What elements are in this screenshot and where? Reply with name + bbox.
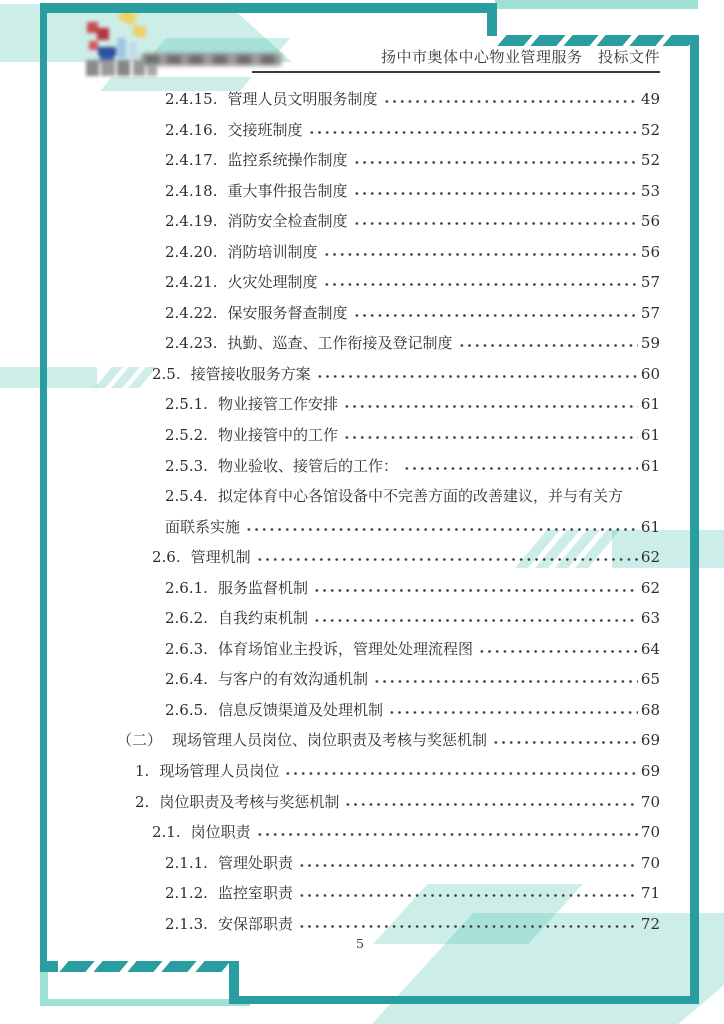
frame-left-foot xyxy=(40,961,58,972)
dot-leader xyxy=(343,435,638,440)
dot-leader xyxy=(256,832,638,837)
toc-entry[interactable]: 2.1.1.管理处职责70 xyxy=(0,848,660,879)
toc-entry[interactable]: 2.5.接管接收服务方案60 xyxy=(0,359,660,390)
toc-entry-page: 60 xyxy=(640,359,660,390)
dot-leader xyxy=(353,160,639,165)
frame-top-step xyxy=(487,3,497,36)
toc-entry[interactable]: （二）现场管理人员岗位、岗位职责及考核与奖惩机制69 xyxy=(0,725,660,756)
toc-entry-title: 火灾处理制度 xyxy=(227,267,317,298)
toc-entry-number: 2.6. xyxy=(152,542,181,573)
toc-entry-page: 57 xyxy=(640,298,660,329)
toc-entry-page: 69 xyxy=(640,756,660,787)
dot-leader xyxy=(323,282,639,287)
toc-entry-title: 物业验收、接管后的工作： xyxy=(218,451,398,482)
dot-leader xyxy=(458,343,639,348)
frame-dash xyxy=(127,961,162,972)
toc-entry-number: 1. xyxy=(135,756,149,787)
toc-entry-number: 2.4.16. xyxy=(165,115,217,146)
dot-leader xyxy=(256,557,638,562)
toc-entry-title: 服务监督机制 xyxy=(218,573,308,604)
dot-leader xyxy=(313,618,638,623)
toc-entry-title: 执勤、巡查、工作衔接及登记制度 xyxy=(227,328,452,359)
frame-top-border xyxy=(40,3,497,13)
toc-entry-title: 自我约束机制 xyxy=(218,603,308,634)
frame-dash xyxy=(161,961,196,972)
toc-entry[interactable]: 2.岗位职责及考核与奖惩机制70 xyxy=(0,787,660,818)
toc-entry-title: 监控系统操作制度 xyxy=(227,145,347,176)
toc-entry-title: 接管接收服务方案 xyxy=(191,359,311,390)
toc-entry-title: 岗位职责及考核与奖惩机制 xyxy=(159,787,339,818)
toc-entry-page: 56 xyxy=(640,206,660,237)
toc-entry-page: 65 xyxy=(640,664,660,695)
toc-entry[interactable]: 2.1.岗位职责70 xyxy=(0,817,660,848)
frame-right-border xyxy=(690,35,699,1004)
toc-entry-title: 与客户的有效沟通机制 xyxy=(218,664,368,695)
dot-leader xyxy=(298,893,638,898)
toc-entry-page: 62 xyxy=(640,573,660,604)
toc-entry[interactable]: 面联系实施61 xyxy=(0,512,660,543)
toc-entry[interactable]: 2.1.3.安保部职责72 xyxy=(0,909,660,940)
toc-entry[interactable]: 2.6.管理机制62 xyxy=(0,542,660,573)
header-rule xyxy=(252,71,660,73)
toc-entry-page: 62 xyxy=(640,542,660,573)
toc-entry-number: 2. xyxy=(135,787,149,818)
toc-entry-title: 监控室职责 xyxy=(218,878,293,909)
dot-leader xyxy=(343,404,638,409)
toc-entry-number: （二） xyxy=(117,725,162,756)
toc-entry-page: 70 xyxy=(640,817,660,848)
toc-entry-page: 72 xyxy=(640,909,660,940)
page-number: 5 xyxy=(350,936,370,951)
document-header-title: 扬中市奥体中心物业管理服务 投标文件 xyxy=(381,46,660,67)
toc-entry-number: 2.6.3. xyxy=(165,634,208,665)
frame-dash xyxy=(497,35,532,46)
toc-entry-number: 2.5.2. xyxy=(165,420,208,451)
toc-entry[interactable]: 2.4.20.消防培训制度56 xyxy=(0,237,660,268)
decor-bottom-left-mint-h xyxy=(40,999,250,1006)
toc-entry[interactable]: 2.1.2.监控室职责71 xyxy=(0,878,660,909)
dot-leader xyxy=(245,527,638,532)
toc-entry[interactable]: 2.6.4.与客户的有效沟通机制65 xyxy=(0,664,660,695)
toc-entry[interactable]: 2.5.3.物业验收、接管后的工作：61 xyxy=(0,451,660,482)
toc-entry-page: 49 xyxy=(640,84,660,115)
toc-entry-title: 信息反馈渠道及处理机制 xyxy=(218,695,383,726)
toc-entry-number: 2.6.1. xyxy=(165,573,208,604)
dot-leader xyxy=(313,588,638,593)
toc-entry-number: 2.5.3. xyxy=(165,451,208,482)
dot-leader xyxy=(353,191,639,196)
toc-entry-number: 2.4.19. xyxy=(165,206,217,237)
toc-entry-number: 2.4.17. xyxy=(165,145,217,176)
toc-entry-title: 物业接管工作安排 xyxy=(218,389,338,420)
toc-entry-page: 53 xyxy=(640,176,660,207)
toc-entry-number: 2.4.21. xyxy=(165,267,217,298)
toc-entry[interactable]: 2.6.2.自我约束机制63 xyxy=(0,603,660,634)
dot-leader xyxy=(323,252,639,257)
toc-entry-title: 物业接管中的工作 xyxy=(218,420,338,451)
dot-leader xyxy=(383,99,639,104)
toc-entry[interactable]: 2.5.2.物业接管中的工作61 xyxy=(0,420,660,451)
toc-entry-page: 63 xyxy=(640,603,660,634)
dot-leader xyxy=(373,679,638,684)
toc-entry[interactable]: 2.4.23.执勤、巡查、工作衔接及登记制度59 xyxy=(0,328,660,359)
toc-entry-number: 2.4.18. xyxy=(165,176,217,207)
toc-entry-page: 64 xyxy=(640,634,660,665)
dot-leader xyxy=(298,924,638,929)
frame-dash xyxy=(530,35,565,46)
toc-entry-page: 56 xyxy=(640,237,660,268)
toc-entry-page: 61 xyxy=(640,420,660,451)
toc-entry-page: 52 xyxy=(640,145,660,176)
dot-leader xyxy=(492,740,638,745)
toc-entry-title: 面联系实施 xyxy=(165,512,240,543)
company-name-redacted xyxy=(141,53,282,66)
toc-entry-title: 消防培训制度 xyxy=(227,237,317,268)
toc-entry-title: 消防安全检查制度 xyxy=(227,206,347,237)
toc-entry[interactable]: 2.4.15.管理人员文明服务制度49 xyxy=(0,84,660,115)
dot-leader xyxy=(284,771,638,776)
toc-entry-title: 保安服务督查制度 xyxy=(227,298,347,329)
toc-entry-page: 68 xyxy=(640,695,660,726)
toc-entry-title: 现场管理人员岗位 xyxy=(159,756,279,787)
toc-entry-number: 2.4.22. xyxy=(165,298,217,329)
toc-entry-title: 管理处职责 xyxy=(218,848,293,879)
toc-entry-title: 交接班制度 xyxy=(227,115,302,146)
toc-entry-page: 61 xyxy=(640,512,660,543)
frame-dash xyxy=(195,961,230,972)
frame-dash xyxy=(59,961,94,972)
frame-dash xyxy=(629,35,664,46)
toc-entry-page: 71 xyxy=(640,878,660,909)
toc-entry-page: 69 xyxy=(640,725,660,756)
frame-dash xyxy=(596,35,631,46)
toc-entry[interactable]: 2.4.21.火灾处理制度57 xyxy=(0,267,660,298)
frame-bottom-border xyxy=(233,996,699,1004)
decor-top-right-strip xyxy=(495,0,698,9)
toc-entry-number: 2.1. xyxy=(152,817,181,848)
toc-entry-page: 61 xyxy=(640,389,660,420)
toc-entry-title: 管理机制 xyxy=(191,542,251,573)
dot-leader xyxy=(403,466,638,471)
dot-leader xyxy=(353,221,639,226)
document-page: 扬中市奥体中心物业管理服务 投标文件 2.4.15.管理人员文明服务制度492.… xyxy=(0,0,724,1024)
toc-entry-title: 拟定体育中心各馆设备中不完善方面的改善建议，并与有关方 xyxy=(218,481,623,512)
toc-entry-title: 现场管理人员岗位、岗位职责及考核与奖惩机制 xyxy=(172,725,487,756)
toc-entry[interactable]: 2.6.1.服务监督机制62 xyxy=(0,573,660,604)
toc-entry[interactable]: 2.5.1.物业接管工作安排61 xyxy=(0,389,660,420)
toc-entry-page: 70 xyxy=(640,848,660,879)
toc-entry[interactable]: 2.4.22.保安服务督查制度57 xyxy=(0,298,660,329)
toc-entry-number: 2.6.5. xyxy=(165,695,208,726)
toc-entry-number: 2.4.15. xyxy=(165,84,217,115)
toc-entry[interactable]: 2.4.16.交接班制度52 xyxy=(0,115,660,146)
toc-entry-title: 重大事件报告制度 xyxy=(227,176,347,207)
toc-entry-title: 安保部职责 xyxy=(218,909,293,940)
toc-entry[interactable]: 2.4.19.消防安全检查制度56 xyxy=(0,206,660,237)
dot-leader xyxy=(353,313,639,318)
toc-entry-page: 59 xyxy=(640,328,660,359)
toc-entry-title: 管理人员文明服务制度 xyxy=(227,84,377,115)
toc-entry-page: 61 xyxy=(640,451,660,482)
toc-entry-title: 体育场馆业主投诉，管理处处理流程图 xyxy=(218,634,473,665)
toc-entry-number: 2.1.3. xyxy=(165,909,208,940)
toc-entry-number: 2.1.2. xyxy=(165,878,208,909)
toc-entry-number: 2.6.4. xyxy=(165,664,208,695)
toc-entry-title: 岗位职责 xyxy=(191,817,251,848)
frame-dash xyxy=(93,961,128,972)
dot-leader xyxy=(478,649,638,654)
toc-entry-number: 2.6.2. xyxy=(165,603,208,634)
toc-entry-number: 2.4.20. xyxy=(165,237,217,268)
toc-list: 2.4.15.管理人员文明服务制度492.4.16.交接班制度522.4.17.… xyxy=(0,84,660,939)
toc-entry[interactable]: 2.4.18.重大事件报告制度53 xyxy=(0,176,660,207)
frame-dash xyxy=(563,35,598,46)
toc-entry-number: 2.5.1. xyxy=(165,389,208,420)
toc-entry[interactable]: 1.现场管理人员岗位69 xyxy=(0,756,660,787)
dot-leader xyxy=(388,710,638,715)
toc-entry[interactable]: 2.6.5.信息反馈渠道及处理机制68 xyxy=(0,695,660,726)
dot-leader xyxy=(316,374,638,379)
toc-entry-number: 2.1.1. xyxy=(165,848,208,879)
toc-entry-page: 70 xyxy=(640,787,660,818)
dot-leader xyxy=(298,863,638,868)
toc-entry[interactable]: 2.6.3.体育场馆业主投诉，管理处处理流程图64 xyxy=(0,634,660,665)
toc-entry-number: 2.5. xyxy=(152,359,181,390)
toc-entry-number: 2.5.4. xyxy=(165,481,208,512)
toc-entry[interactable]: 2.5.4.拟定体育中心各馆设备中不完善方面的改善建议，并与有关方 xyxy=(0,481,660,512)
dot-leader xyxy=(344,802,638,807)
toc-entry-page: 57 xyxy=(640,267,660,298)
dot-leader xyxy=(308,130,639,135)
toc-entry-number: 2.4.23. xyxy=(165,328,217,359)
toc-entry[interactable]: 2.4.17.监控系统操作制度52 xyxy=(0,145,660,176)
toc-entry-page: 52 xyxy=(640,115,660,146)
